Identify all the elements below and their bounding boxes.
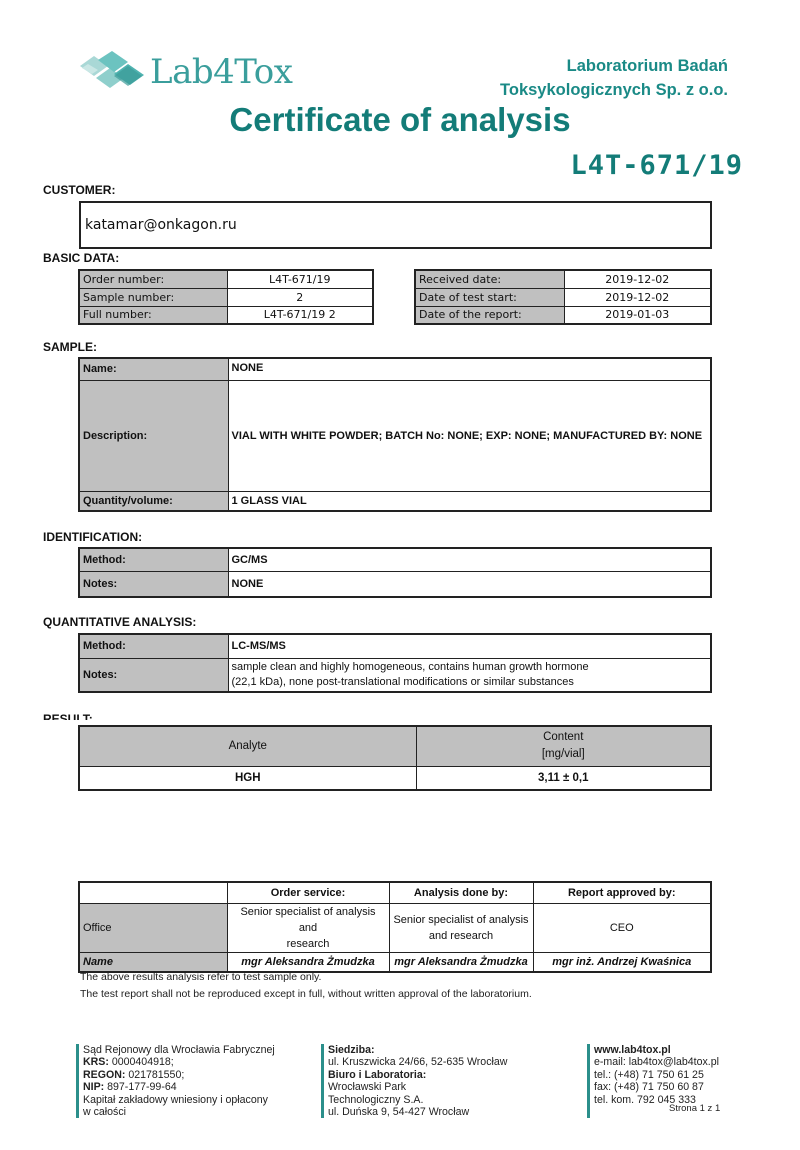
disclaimer-note-2: The test report shall not be reproduced … xyxy=(80,988,532,1000)
basic-data-left-table: Order number: L4T-671/19 Sample number: … xyxy=(78,269,374,325)
table-header-row: Order service: Analysis done by: Report … xyxy=(79,882,711,903)
identification-method-value: GC/MS xyxy=(228,548,711,571)
sample-quantity-label: Quantity/volume: xyxy=(79,491,228,511)
document-title: Certificate of analysis xyxy=(0,101,800,139)
result-table: Analyte Content [mg/vial] HGH 3,11 ± 0,1 xyxy=(78,725,712,791)
sample-name-value: NONE xyxy=(228,358,711,380)
table-row: HGH 3,11 ± 0,1 xyxy=(79,766,711,790)
empty-header xyxy=(79,882,227,903)
identification-notes-label: Notes: xyxy=(79,571,228,597)
table-row: Sample number: 2 xyxy=(79,288,373,306)
lab-name: Laboratorium Badań Toksykologicznych Sp.… xyxy=(500,54,728,102)
name-analysis-done-by: mgr Aleksandra Żmudzka xyxy=(389,952,533,972)
quantitative-notes-value: sample clean and highly homogeneous, con… xyxy=(228,658,711,692)
basic-data-right-table: Received date: 2019-12-02 Date of test s… xyxy=(414,269,712,325)
table-row: Description: VIAL WITH WHITE POWDER; BAT… xyxy=(79,380,711,491)
report-date-label: Date of the report: xyxy=(415,306,564,324)
logo-text: Lab4Tox xyxy=(150,52,292,92)
lab4tox-logo: Lab4Tox xyxy=(78,50,288,100)
identification-notes-value: NONE xyxy=(228,571,711,597)
sample-number-label: Sample number: xyxy=(79,288,227,306)
quantitative-method-value: LC-MS/MS xyxy=(228,634,711,658)
table-row: Order number: L4T-671/19 xyxy=(79,270,373,288)
analyte-value: HGH xyxy=(79,766,416,790)
quantitative-table: Method: LC-MS/MS Notes: sample clean and… xyxy=(78,633,712,693)
table-row: Name mgr Aleksandra Żmudzka mgr Aleksand… xyxy=(79,952,711,972)
received-date-label: Received date: xyxy=(415,270,564,288)
table-row: Received date: 2019-12-02 xyxy=(415,270,711,288)
website-link[interactable]: www.lab4tox.pl xyxy=(594,1044,671,1056)
sample-quantity-value: 1 GLASS VIAL xyxy=(228,491,711,511)
table-row: Full number: L4T-671/19 2 xyxy=(79,306,373,324)
signatures-table: Order service: Analysis done by: Report … xyxy=(78,881,712,973)
quantitative-notes-label: Notes: xyxy=(79,658,228,692)
table-header-row: Analyte Content [mg/vial] xyxy=(79,726,711,766)
sample-table: Name: NONE Description: VIAL WITH WHITE … xyxy=(78,357,712,512)
office-label: Office xyxy=(79,903,227,952)
quantitative-analysis-label: QUANTITATIVE ANALYSIS: xyxy=(43,615,196,629)
basic-data-label: BASIC DATA: xyxy=(43,251,119,265)
office-order-service: Senior specialist of analysis and resear… xyxy=(227,903,389,952)
email-link[interactable]: e-mail: lab4tox@lab4tox.pl xyxy=(594,1056,719,1068)
sample-label: SAMPLE: xyxy=(43,340,97,354)
table-row: Notes: sample clean and highly homogeneo… xyxy=(79,658,711,692)
table-row: Date of the report: 2019-01-03 xyxy=(415,306,711,324)
sample-description-value: VIAL WITH WHITE POWDER; BATCH No: NONE; … xyxy=(228,380,711,491)
full-number-label: Full number: xyxy=(79,306,227,324)
table-row: Method: LC-MS/MS xyxy=(79,634,711,658)
name-label: Name xyxy=(79,952,227,972)
certificate-number: L4T-671/19 xyxy=(570,150,743,181)
quantitative-method-label: Method: xyxy=(79,634,228,658)
office-analysis-done-by: Senior specialist of analysis and resear… xyxy=(389,903,533,952)
identification-table: Method: GC/MS Notes: NONE xyxy=(78,547,712,598)
table-row: Notes: NONE xyxy=(79,571,711,597)
analysis-done-by-header: Analysis done by: xyxy=(389,882,533,903)
sample-number-value: 2 xyxy=(227,288,373,306)
disclaimer-note-1: The above results analysis refer to test… xyxy=(80,971,321,983)
table-row: Name: NONE xyxy=(79,358,711,380)
page-number: Strona 1 z 1 xyxy=(669,1103,720,1114)
received-date-value: 2019-12-02 xyxy=(564,270,711,288)
test-start-date-value: 2019-12-02 xyxy=(564,288,711,306)
sample-description-label: Description: xyxy=(79,380,228,491)
logo-diamond-icon xyxy=(78,50,148,100)
order-number-value: L4T-671/19 xyxy=(227,270,373,288)
order-service-header: Order service: xyxy=(227,882,389,903)
identification-label: IDENTIFICATION: xyxy=(43,530,142,544)
identification-method-label: Method: xyxy=(79,548,228,571)
table-row: Office Senior specialist of analysis and… xyxy=(79,903,711,952)
content-header: Content [mg/vial] xyxy=(416,726,711,766)
report-date-value: 2019-01-03 xyxy=(564,306,711,324)
result-label: RESULT: xyxy=(43,712,93,720)
table-row: Date of test start: 2019-12-02 xyxy=(415,288,711,306)
report-approved-by-header: Report approved by: xyxy=(533,882,711,903)
customer-field: katamar@onkagon.ru xyxy=(79,201,712,249)
full-number-value: L4T-671/19 2 xyxy=(227,306,373,324)
test-start-date-label: Date of test start: xyxy=(415,288,564,306)
analyte-header: Analyte xyxy=(79,726,416,766)
footer-registration: Sąd Rejonowy dla Wrocławia Fabrycznej KR… xyxy=(76,1044,275,1118)
table-row: Method: GC/MS xyxy=(79,548,711,571)
office-report-approved-by: CEO xyxy=(533,903,711,952)
sample-name-label: Name: xyxy=(79,358,228,380)
customer-label: CUSTOMER: xyxy=(43,183,115,197)
footer-address: Siedziba: ul. Kruszwicka 24/66, 52-635 W… xyxy=(321,1044,507,1118)
name-report-approved-by: mgr inż. Andrzej Kwaśnica xyxy=(533,952,711,972)
table-row: Quantity/volume: 1 GLASS VIAL xyxy=(79,491,711,511)
content-value: 3,11 ± 0,1 xyxy=(416,766,711,790)
order-number-label: Order number: xyxy=(79,270,227,288)
name-order-service: mgr Aleksandra Żmudzka xyxy=(227,952,389,972)
